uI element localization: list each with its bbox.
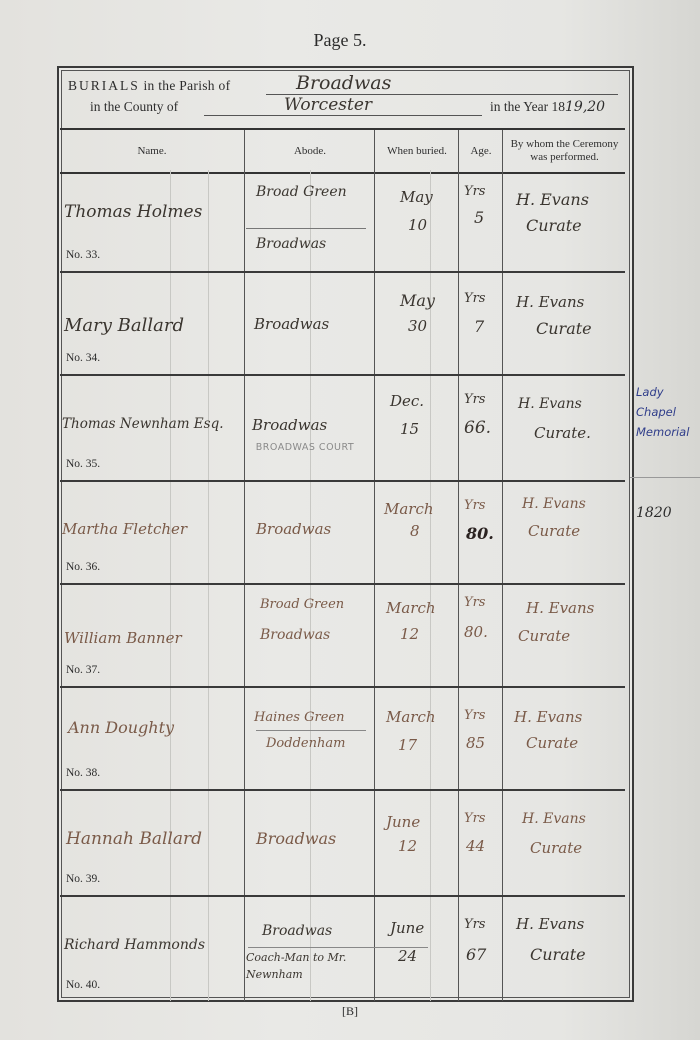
entry-row: Richard Hammonds Broadwas Coach-Man to M… (60, 897, 625, 1001)
heading-year: in the Year 1819,20 (490, 99, 605, 115)
entry-officiant: H. Evans (522, 496, 586, 512)
margin-note-line: Chapel (636, 402, 689, 422)
entry-title: Curate (530, 945, 586, 964)
entry-title: Curate. (534, 424, 591, 442)
entry-abode-2: Doddenham (266, 736, 345, 751)
margin-rule (630, 477, 700, 478)
entry-month: March (384, 500, 434, 518)
entry-number: No. 39. (66, 873, 100, 885)
county-rule (204, 115, 482, 116)
entry-officiant: H. Evans (516, 915, 584, 933)
entry-abode: Broad Green (256, 184, 347, 200)
entry-row: Martha Fletcher Broadwas March 8 Yrs 80.… (60, 482, 625, 585)
entry-title: Curate (530, 839, 582, 857)
entry-age-unit: Yrs (464, 498, 485, 513)
entry-officiant: H. Evans (522, 811, 586, 827)
entry-age-unit: Yrs (464, 917, 485, 932)
entry-day: 8 (410, 522, 420, 540)
year-written: 19,20 (565, 99, 605, 115)
entry-day: 10 (408, 216, 427, 234)
entry-abode: Broadwas (252, 416, 327, 434)
col-age: Age. (458, 130, 503, 172)
margin-note-year: 1820 (636, 505, 672, 521)
entry-officiant: H. Evans (526, 599, 594, 617)
entry-row: William Banner Broad Green Broadwas Marc… (60, 585, 625, 688)
entry-row: Ann Doughty Haines Green Doddenham March… (60, 688, 625, 791)
heading-parish-label: in the Parish of (143, 78, 230, 93)
entry-abode-2: Broadwas (260, 627, 330, 643)
entry-month: May (400, 188, 433, 206)
entry-title: Curate (526, 216, 582, 235)
entry-name: William Banner (64, 629, 182, 647)
entry-day: 12 (398, 837, 417, 855)
entry-age-unit: Yrs (464, 392, 485, 407)
entry-officiant: H. Evans (516, 190, 589, 209)
entry-age-unit: Yrs (464, 184, 485, 199)
page-number: Page 5. (0, 30, 680, 51)
entry-number: No. 34. (66, 352, 100, 364)
entry-month: June (390, 919, 424, 937)
col-when-buried: When buried. (374, 130, 459, 172)
heading-line-1: BURIALS in the Parish of (68, 78, 230, 94)
entry-age: 5 (474, 208, 484, 227)
signature-mark: [B] (0, 1004, 700, 1019)
entry-age: 44 (466, 837, 485, 855)
entry-number: No. 40. (66, 979, 100, 991)
entry-age-unit: Yrs (464, 708, 485, 723)
entry-abode-pencil-note: BROADWAS COURT (250, 442, 360, 453)
year-label: in the Year 18 (490, 99, 565, 114)
entry-age: 66. (464, 418, 491, 438)
col-abode: Abode. (244, 130, 375, 172)
entry-row: Mary Ballard Broadwas May 30 Yrs 7 H. Ev… (60, 273, 625, 376)
col-name: Name. (60, 130, 244, 172)
entry-row: Thomas Holmes Broad Green Broadwas May 1… (60, 170, 625, 273)
entry-number: No. 38. (66, 767, 100, 779)
entry-abode: Haines Green (254, 710, 344, 725)
entry-officiant: H. Evans (518, 396, 582, 412)
entry-abode: Broadwas (262, 923, 332, 939)
entry-day: 30 (408, 317, 427, 335)
entry-day: 24 (398, 947, 417, 965)
parish-name: Broadwas (296, 72, 391, 94)
entry-day: 12 (400, 625, 419, 643)
entry-row: Thomas Newnham Esq. Broadwas BROADWAS CO… (60, 376, 625, 482)
entry-abode-2: Coach-Man to Mr. Newnham (246, 949, 372, 983)
entry-abode: Broadwas (256, 829, 336, 848)
entry-number: No. 35. (66, 458, 100, 470)
entry-title: Curate (526, 734, 578, 752)
entry-day: 17 (398, 736, 417, 754)
entry-number: No. 33. (66, 249, 100, 261)
entry-title: Curate (536, 319, 592, 338)
col-performed-by: By whom the Ceremony was performed. (502, 130, 626, 172)
entry-name: Thomas Newnham Esq. (62, 416, 224, 432)
entry-number: No. 37. (66, 664, 100, 676)
entry-age: 7 (474, 317, 484, 336)
margin-note-line: Lady (636, 382, 689, 402)
entry-age: 80. (464, 623, 488, 641)
entry-month: May (400, 291, 435, 310)
burial-entries: Thomas Holmes Broad Green Broadwas May 1… (60, 170, 625, 1001)
entry-age: 85 (466, 734, 485, 752)
column-headers: Name. Abode. When buried. Age. By whom t… (60, 128, 625, 174)
entry-row: Hannah Ballard Broadwas June 12 Yrs 44 H… (60, 791, 625, 897)
margin-note-lady-chapel: Lady Chapel Memorial (636, 382, 689, 442)
entry-age-unit: Yrs (464, 291, 485, 306)
entry-number: No. 36. (66, 561, 100, 573)
entry-name: Hannah Ballard (66, 829, 202, 849)
heading-county-label: in the County of (90, 99, 178, 115)
entry-age-unit: Yrs (464, 595, 485, 610)
county-name: Worcester (284, 95, 372, 115)
entry-month: Dec. (390, 392, 424, 410)
entry-age: 67 (466, 945, 486, 964)
entry-age: 80. (466, 524, 494, 543)
entry-month: March (386, 708, 436, 726)
entry-age-unit: Yrs (464, 811, 485, 826)
entry-title: Curate (528, 522, 580, 540)
heading-burials: BURIALS (68, 78, 140, 93)
entry-abode: Broad Green (260, 597, 344, 612)
entry-month: June (386, 813, 420, 831)
entry-officiant: H. Evans (514, 708, 582, 726)
entry-name: Ann Doughty (68, 718, 174, 737)
entry-title: Curate (518, 627, 570, 645)
entry-abode-2: Broadwas (256, 236, 326, 252)
entry-abode: Broadwas (254, 315, 329, 333)
entry-abode: Broadwas (256, 520, 331, 538)
entry-name: Mary Ballard (64, 315, 184, 336)
register-page: Page 5. BURIALS in the Parish of Broadwa… (0, 0, 700, 1040)
entry-name: Richard Hammonds (64, 937, 205, 953)
entry-month: March (386, 599, 436, 617)
margin-note-line: Memorial (636, 422, 689, 442)
entry-name: Martha Fletcher (62, 520, 187, 538)
entry-officiant: H. Evans (516, 293, 584, 311)
entry-name: Thomas Holmes (64, 202, 202, 222)
entry-day: 15 (400, 420, 419, 438)
register-heading: BURIALS in the Parish of Broadwas in the… (64, 74, 624, 124)
